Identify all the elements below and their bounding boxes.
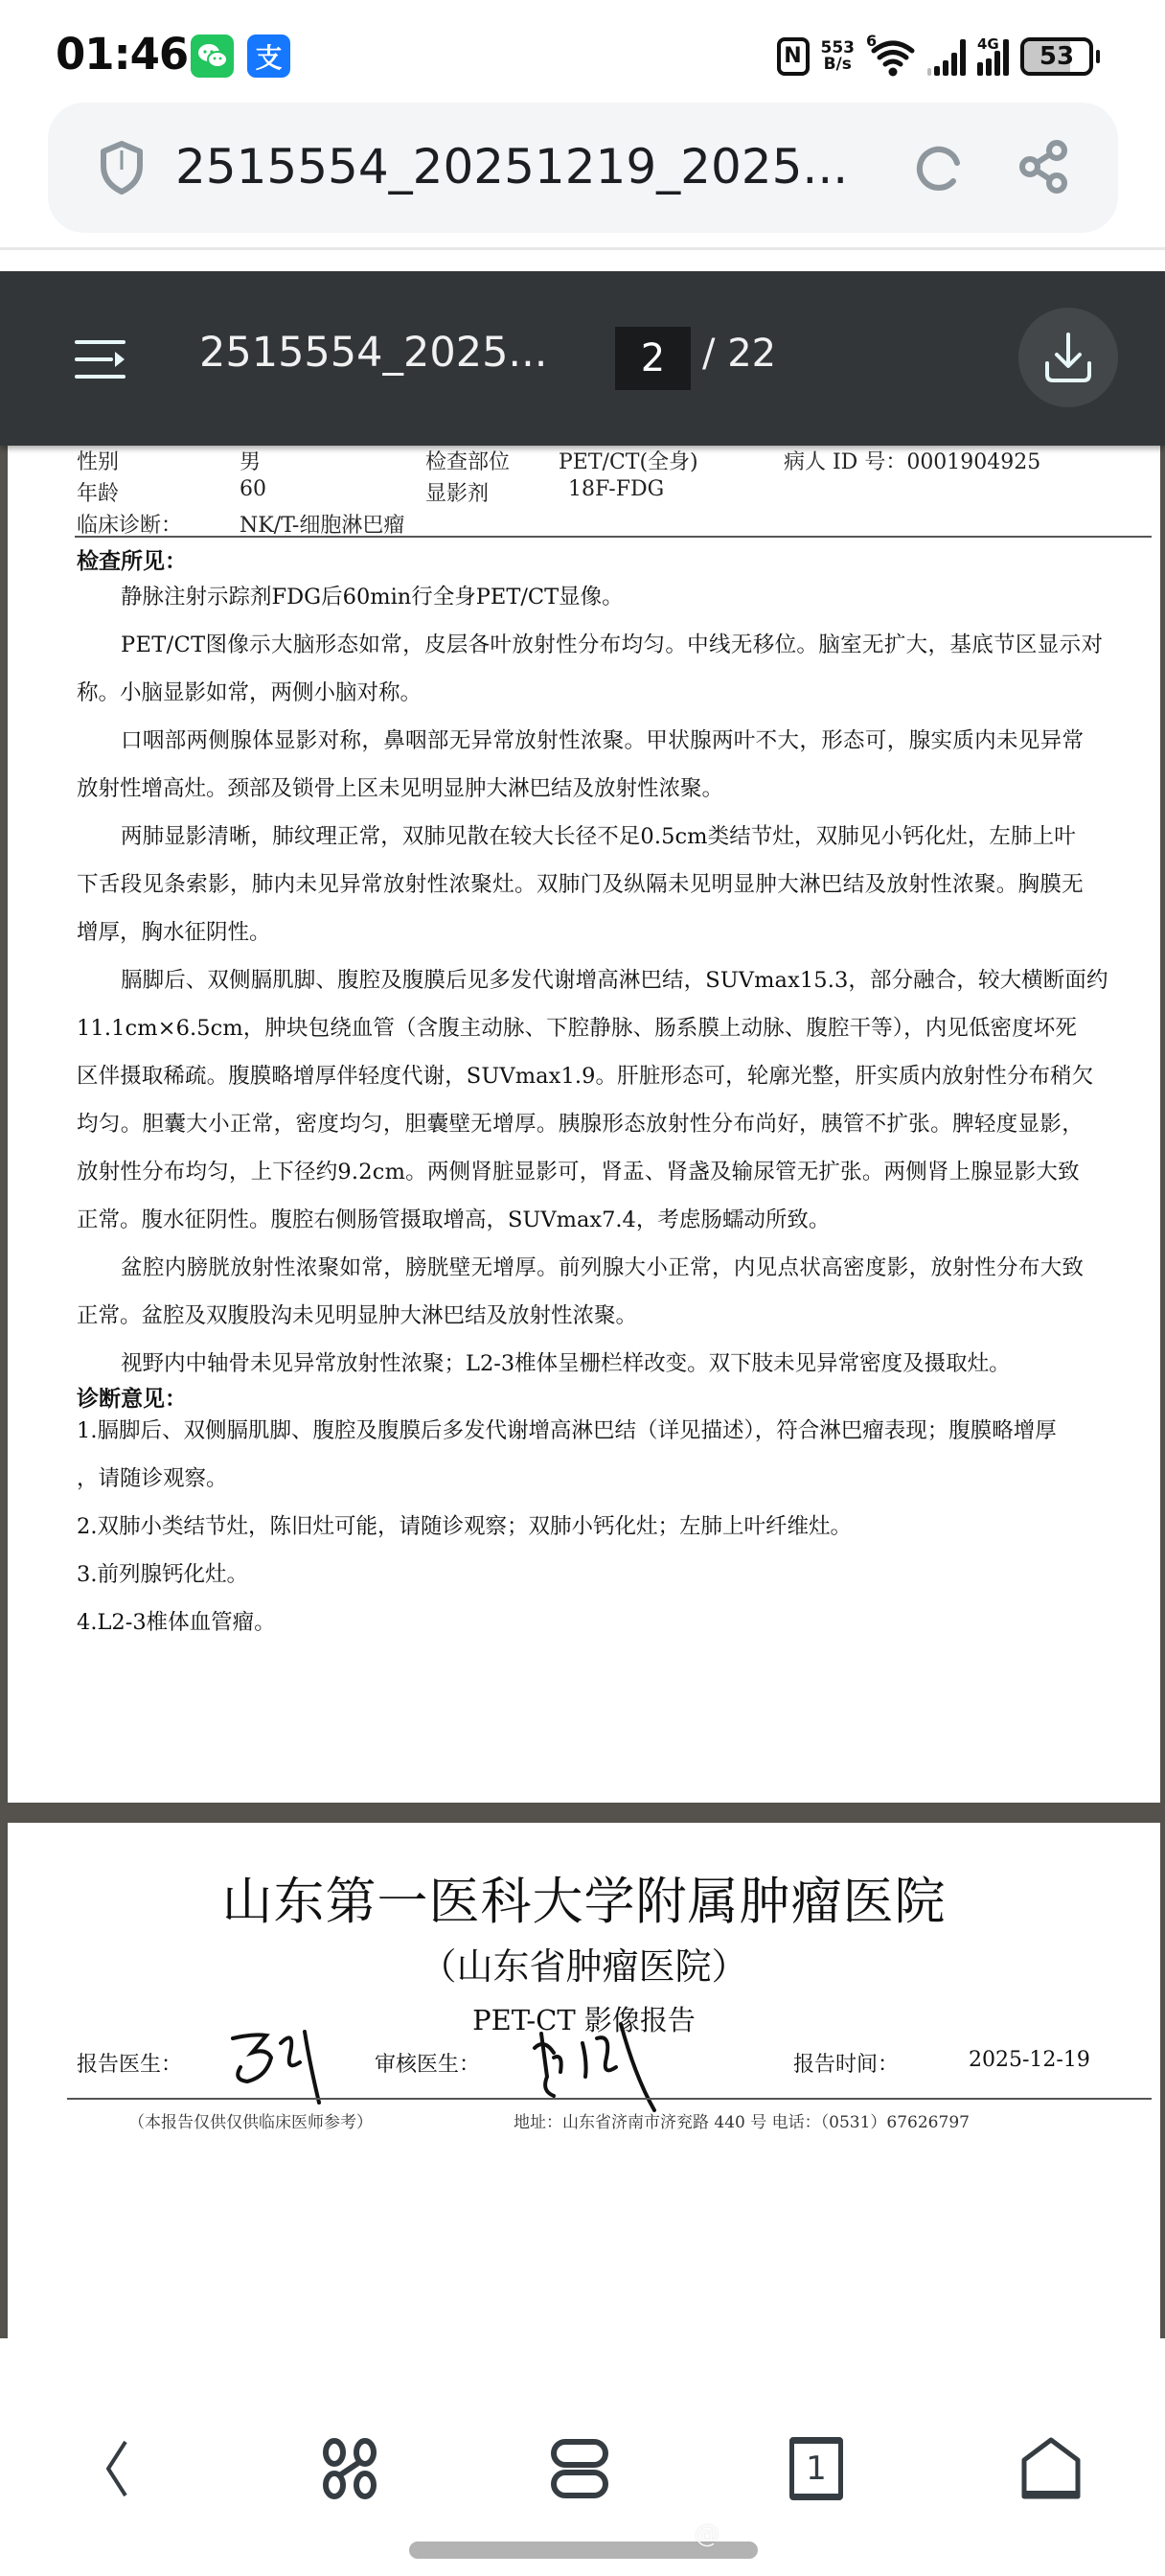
findings-line: 盆腔内膀胱放射性浓聚如常，膀胱壁无增厚。前列腺大小正常，内见点状高密度影，放射性… <box>77 1244 1154 1292</box>
age-value: 60 <box>240 477 266 501</box>
status-bar: 01:46 支 N 553 B/s 6 4G 53 <box>0 0 1165 96</box>
battery-icon: 53 <box>1020 37 1093 76</box>
findings-line: 两肺显影清晰，肺纹理正常，双肺见散在较大长径不足0.5cm类结节灶，双肺见小钙化… <box>77 813 1154 861</box>
contrast-label: 显影剂 <box>425 477 489 507</box>
findings-line: 正常。盆腔及双腹股沟未见明显肿大淋巴结及放射性浓聚。 <box>77 1292 1154 1340</box>
watermark: @ <box>695 2520 720 2549</box>
home-icon <box>1020 2437 1082 2500</box>
shortcuts-button[interactable] <box>316 2436 383 2501</box>
reload-icon[interactable] <box>913 142 965 194</box>
hospital-name: 山东第一医科大学附属肿瘤医院 <box>8 1861 1160 1934</box>
address-bar[interactable]: 2515554_20251219_2025... <box>48 103 1118 233</box>
findings-line: PET/CT图像示大脑形态如常，皮层各叶放射性分布均匀。中线无移位。脑室无扩大，… <box>77 621 1154 669</box>
header-divider <box>75 536 1152 538</box>
diagnosis-item: 4.L2-3椎体血管瘤。 <box>77 1598 1154 1646</box>
findings-line: 称。小脑显影如常，两侧小脑对称。 <box>77 669 1154 717</box>
contrast-value: 18F-FDG <box>568 477 664 501</box>
age-label: 年龄 <box>77 477 119 507</box>
pdf-viewer[interactable]: 2515554_2025... 2 / 22 性别 男 检查部位 PET/CT(… <box>0 271 1165 2338</box>
tabs-overview-icon <box>550 2439 609 2498</box>
pdf-title: 2515554_2025... <box>199 329 547 377</box>
report-time-value: 2025-12-19 <box>969 2048 1090 2072</box>
findings-line: 膈脚后、双侧膈肌脚、腹腔及腹膜后见多发代谢增高淋巴结，SUVmax15.3，部分… <box>77 956 1154 1004</box>
footer-divider <box>67 2098 1152 2100</box>
page-total: / 22 <box>702 332 776 376</box>
gender-label: 性别 <box>77 446 119 475</box>
wechat-icon <box>191 34 234 78</box>
findings-line: 口咽部两侧腺体显影对称，鼻咽部无异常放射性浓聚。甲状腺两叶不大，形态可，腺实质内… <box>77 717 1154 765</box>
page-title[interactable]: 2515554_20251219_2025... <box>175 139 848 195</box>
status-icons: N 553 B/s 6 4G 53 <box>777 33 1101 80</box>
browser-bottom-nav: 1 <box>0 2338 1165 2576</box>
reviewing-doctor-label: 审核医生： <box>375 2048 480 2078</box>
clinical-diagnosis-label: 临床诊断： <box>77 509 182 539</box>
back-icon <box>103 2438 131 2499</box>
hospital-alias: （山东省肿瘤医院） <box>8 1937 1160 1989</box>
exam-site-value: PET/CT(全身) <box>559 446 698 475</box>
findings-line: 放射性增高灶。颈部及锁骨上区未见明显肿大淋巴结及放射性浓聚。 <box>77 765 1154 813</box>
findings-line: 11.1cm×6.5cm，肿块包绕血管（含腹主动脉、下腔静脉、肠系膜上动脉、腹腔… <box>77 1004 1154 1052</box>
tab-count-icon: 1 <box>789 2437 843 2500</box>
findings-line: 正常。腹水征阴性。腹腔右侧肠管摄取增高，SUVmax7.4，考虑肠蠕动所致。 <box>77 1196 1154 1244</box>
reviewing-doctor-signature <box>530 2019 664 2115</box>
reporting-doctor-label: 报告医生： <box>77 2048 182 2078</box>
page-number-input[interactable]: 2 <box>615 327 691 390</box>
signal-sim1-icon <box>927 37 966 76</box>
status-time: 01:46 <box>56 29 188 80</box>
hospital-address: 地址：山东省济南市济兖路 440 号 电话：（0531）67626797 <box>514 2108 970 2132</box>
findings-line: 放射性分布均匀，上下径约9.2cm。两侧肾脏显影可，肾盂、肾盏及输尿管无扩张。两… <box>77 1148 1154 1196</box>
menu-icon[interactable] <box>73 338 128 380</box>
pdf-page: 性别 男 检查部位 PET/CT(全身) 病人 ID 号：0001904925 … <box>8 271 1160 1803</box>
home-button[interactable] <box>1017 2436 1085 2501</box>
wifi-icon: 6 <box>866 35 916 78</box>
tab-count-button[interactable]: 1 <box>783 2436 850 2501</box>
pdf-toolbar: 2515554_2025... 2 / 22 <box>0 271 1165 446</box>
back-button[interactable] <box>83 2436 150 2501</box>
diagnosis-item: ，请随诊观察。 <box>77 1455 1154 1503</box>
shield-icon[interactable] <box>100 141 144 195</box>
download-button[interactable] <box>1018 308 1118 407</box>
exam-site-label: 检查部位 <box>425 446 510 475</box>
network-speed: 553 B/s <box>821 40 856 73</box>
patient-id: 病人 ID 号：0001904925 <box>784 446 1040 475</box>
battery-tip <box>1096 50 1100 63</box>
findings-title: 检查所见： <box>77 543 187 575</box>
share-icon[interactable] <box>1018 139 1070 195</box>
findings-line: 均匀。胆囊大小正常，密度均匀，胆囊壁无增厚。胰腺形态放射性分布尚好，胰管不扩张。… <box>77 1100 1154 1148</box>
pdf-page: 山东第一医科大学附属肿瘤医院 （山东省肿瘤医院） PET-CT 影像报告 报告医… <box>8 1823 1160 2338</box>
report-time-label: 报告时间： <box>793 2048 899 2078</box>
tabs-overview-button[interactable] <box>546 2436 613 2501</box>
findings-body: 静脉注射示踪剂FDG后60min行全身PET/CT显像。 PET/CT图像示大脑… <box>77 573 1154 1388</box>
findings-line: 视野内中轴骨未见异常放射性浓聚；L2-3椎体呈栅栏样改变。双下肢未见异常密度及摄… <box>77 1340 1154 1388</box>
alipay-icon: 支 <box>247 34 290 78</box>
gender-value: 男 <box>240 446 261 475</box>
nfc-icon: N <box>777 37 810 76</box>
diagnosis-item: 3.前列腺钙化灶。 <box>77 1551 1154 1598</box>
download-icon <box>1043 331 1093 384</box>
shortcuts-icon <box>320 2438 379 2499</box>
diagnosis-item: 2.双肺小类结节灶，陈旧灶可能，请随诊观察；双肺小钙化灶；左肺上叶纤维灶。 <box>77 1503 1154 1551</box>
signal-4g-icon: 4G <box>977 37 1009 76</box>
findings-line: 下舌段见条索影，肺内未见异常放射性浓聚灶。双肺门及纵隔未见明显肿大淋巴结及放射性… <box>77 861 1154 908</box>
clinical-diagnosis-value: NK/T-细胞淋巴瘤 <box>240 509 404 539</box>
disclaimer: （本报告仅供仅供临床医师参考） <box>128 2108 373 2132</box>
findings-line: 增厚，胸水征阴性。 <box>77 908 1154 956</box>
diagnosis-item: 1.膈脚后、双侧膈肌脚、腹腔及腹膜后多发代谢增高淋巴结（详见描述），符合淋巴瘤表… <box>77 1407 1154 1455</box>
findings-line: 静脉注射示踪剂FDG后60min行全身PET/CT显像。 <box>77 573 1154 621</box>
divider <box>0 247 1165 250</box>
diagnosis-list: 1.膈脚后、双侧膈肌脚、腹腔及腹膜后多发代谢增高淋巴结（详见描述），符合淋巴瘤表… <box>77 1407 1154 1646</box>
findings-line: 区伴摄取稀疏。腹膜略增厚伴轻度代谢，SUVmax1.9。肝脏形态可，轮廓光整，肝… <box>77 1052 1154 1100</box>
